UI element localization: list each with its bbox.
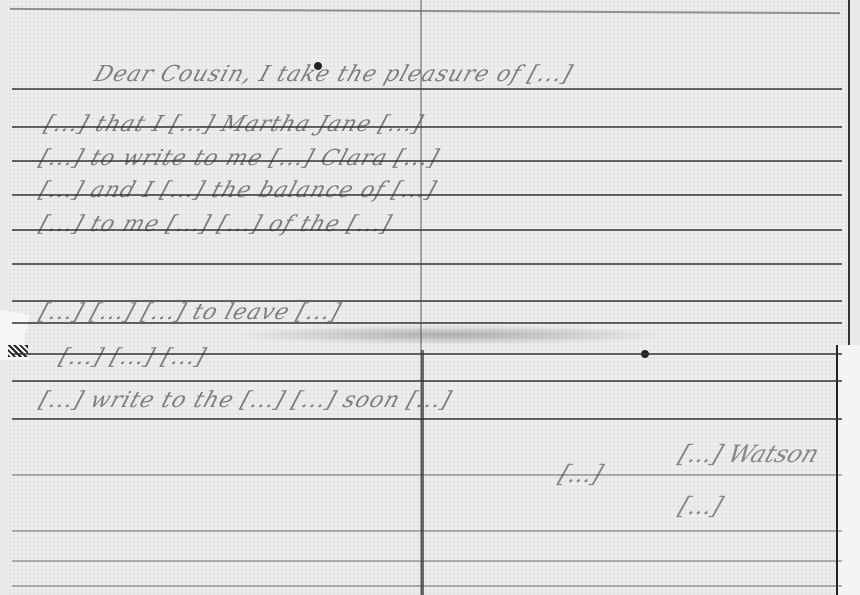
- ruled-line: [12, 88, 842, 90]
- paper-right-edge: [848, 0, 850, 350]
- ink-blot: [314, 62, 322, 70]
- signature-line-1: [...] Watson: [675, 440, 823, 468]
- handwritten-line-3: [...] to write to me [...] Clara [...]: [36, 146, 442, 171]
- handwritten-line-8: [...] write to the [...] [...] soon [...…: [36, 388, 455, 413]
- ruled-line: [12, 530, 842, 532]
- ruled-line: [12, 263, 842, 265]
- ruled-line: [12, 300, 842, 302]
- ruled-line: [12, 229, 842, 231]
- handwritten-line-2: [...] that I [...] Martha Jane [...]: [41, 112, 427, 137]
- ruled-line: [12, 194, 842, 196]
- handwritten-line-4: [...] and I [...] the balance of [...]: [36, 178, 440, 203]
- ruled-line: [12, 322, 842, 324]
- ink-smudge: [230, 325, 670, 345]
- paper-tear-right: [836, 345, 860, 595]
- handwritten-line-1: Dear Cousin, I take the pleasure of [...…: [91, 62, 576, 87]
- scan-artifact: [8, 345, 28, 357]
- ruled-line: [12, 474, 842, 476]
- handwritten-line-5: [...] to me [...] [...] of the [...]: [36, 212, 395, 237]
- ruled-line: [12, 585, 842, 587]
- ruled-line: [12, 160, 842, 162]
- center-fold-crease: [421, 350, 424, 595]
- ruled-line: [12, 560, 842, 562]
- ruled-line: [12, 353, 842, 355]
- handwritten-line-7: [...] [...] [...]: [56, 345, 210, 370]
- ruled-line: [12, 380, 842, 382]
- ruled-line: [12, 126, 842, 128]
- ruled-line: [12, 418, 842, 420]
